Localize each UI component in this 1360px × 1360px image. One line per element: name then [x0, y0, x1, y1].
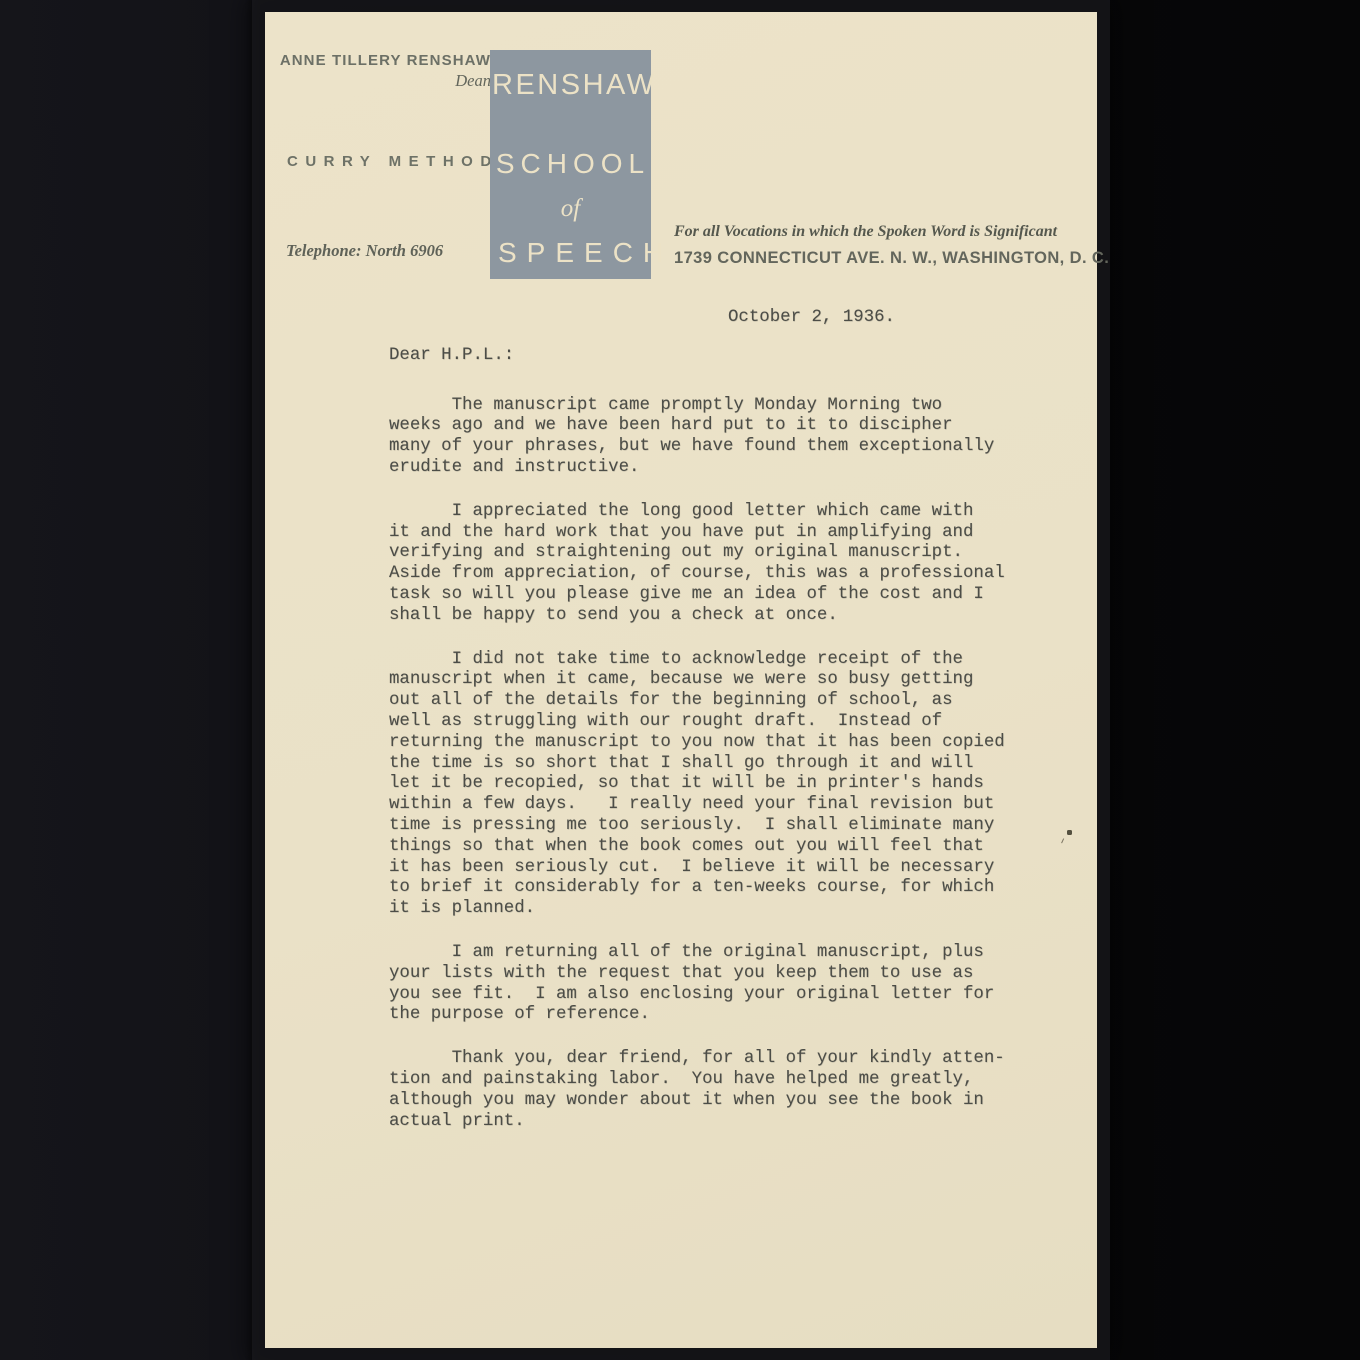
- paragraph: Thank you, dear friend, for all of your …: [389, 1049, 1049, 1132]
- typewritten-line: Aside from appreciation, of course, this…: [389, 564, 1049, 585]
- dean-title: Dean: [265, 71, 491, 91]
- dean-name: ANNE TILLERY RENSHAW: [265, 52, 491, 69]
- typewritten-line: your lists with the request that you kee…: [389, 964, 1049, 985]
- paragraph: I appreciated the long good letter which…: [389, 502, 1049, 627]
- typewritten-line: it is planned.: [389, 899, 1049, 920]
- school-logo: RENSHAW SCHOOL of SPEECH: [490, 50, 651, 279]
- paragraph: I am returning all of the original manus…: [389, 943, 1049, 1026]
- typewritten-line: task so will you please give me an idea …: [389, 585, 1049, 606]
- typewritten-line: it has been seriously cut. I believe it …: [389, 858, 1049, 879]
- ink-tick: [1061, 838, 1067, 844]
- ink-dot: [1067, 830, 1072, 835]
- typewritten-line: let it be recopied, so that it will be i…: [389, 774, 1049, 795]
- typewritten-line: manuscript when it came, because we were…: [389, 670, 1049, 691]
- typewritten-line: it and the hard work that you have put i…: [389, 523, 1049, 544]
- letter-paragraphs: The manuscript came promptly Monday Morn…: [389, 396, 1049, 1133]
- stray-ink-mark: [1060, 830, 1074, 848]
- school-tagline: For all Vocations in which the Spoken Wo…: [674, 223, 1084, 241]
- typewritten-line: erudite and instructive.: [389, 458, 1049, 479]
- scan-background: ANNE TILLERY RENSHAW Dean CURRY METHOD T…: [0, 0, 1360, 1360]
- typewritten-line: I am returning all of the original manus…: [389, 943, 1049, 964]
- typewritten-line: things so that when the book comes out y…: [389, 837, 1049, 858]
- logo-word-speech: SPEECH: [490, 237, 651, 269]
- logo-word-renshaw: RENSHAW: [490, 69, 651, 102]
- logo-word-school: SCHOOL: [490, 148, 651, 180]
- typewritten-line: out all of the details for the beginning…: [389, 691, 1049, 712]
- salutation: Dear H.P.L.:: [389, 346, 1049, 367]
- typewritten-line: verifying and straightening out my origi…: [389, 543, 1049, 564]
- typewritten-line: I appreciated the long good letter which…: [389, 502, 1049, 523]
- dean-name-block: ANNE TILLERY RENSHAW Dean: [265, 52, 491, 91]
- typewritten-line: you see fit. I am also enclosing your or…: [389, 985, 1049, 1006]
- typewritten-line: well as struggling with our rought draft…: [389, 712, 1049, 733]
- typewritten-line: returning the manuscript to you now that…: [389, 733, 1049, 754]
- school-address: 1739 CONNECTICUT AVE. N. W., WASHINGTON,…: [674, 249, 1084, 268]
- letter-body: October 2, 1936. Dear H.P.L.: The manusc…: [389, 308, 1049, 1155]
- logo-word-of: of: [490, 195, 651, 223]
- typewritten-line: time is pressing me too seriously. I sha…: [389, 816, 1049, 837]
- typewritten-line: weeks ago and we have been hard put to i…: [389, 416, 1049, 437]
- typewritten-line: tion and painstaking labor. You have hel…: [389, 1070, 1049, 1091]
- typewritten-line: the time is so short that I shall go thr…: [389, 754, 1049, 775]
- typewritten-line: Thank you, dear friend, for all of your …: [389, 1049, 1049, 1070]
- date-line: October 2, 1936.: [728, 308, 1049, 329]
- letter-page: ANNE TILLERY RENSHAW Dean CURRY METHOD T…: [265, 12, 1097, 1348]
- typewritten-line: I did not take time to acknowledge recei…: [389, 650, 1049, 671]
- typewritten-line: The manuscript came promptly Monday Morn…: [389, 396, 1049, 417]
- paragraph: I did not take time to acknowledge recei…: [389, 650, 1049, 920]
- typewritten-line: the purpose of reference.: [389, 1005, 1049, 1026]
- typewritten-line: many of your phrases, but we have found …: [389, 437, 1049, 458]
- typewritten-line: shall be happy to send you a check at on…: [389, 606, 1049, 627]
- typewritten-line: within a few days. I really need your fi…: [389, 795, 1049, 816]
- curry-method-label: CURRY METHOD: [287, 153, 499, 170]
- typewritten-line: actual print.: [389, 1112, 1049, 1133]
- telephone-line: Telephone: North 6906: [286, 241, 443, 261]
- paragraph: The manuscript came promptly Monday Morn…: [389, 396, 1049, 479]
- typewritten-line: although you may wonder about it when yo…: [389, 1091, 1049, 1112]
- typewritten-line: to brief it considerably for a ten-weeks…: [389, 878, 1049, 899]
